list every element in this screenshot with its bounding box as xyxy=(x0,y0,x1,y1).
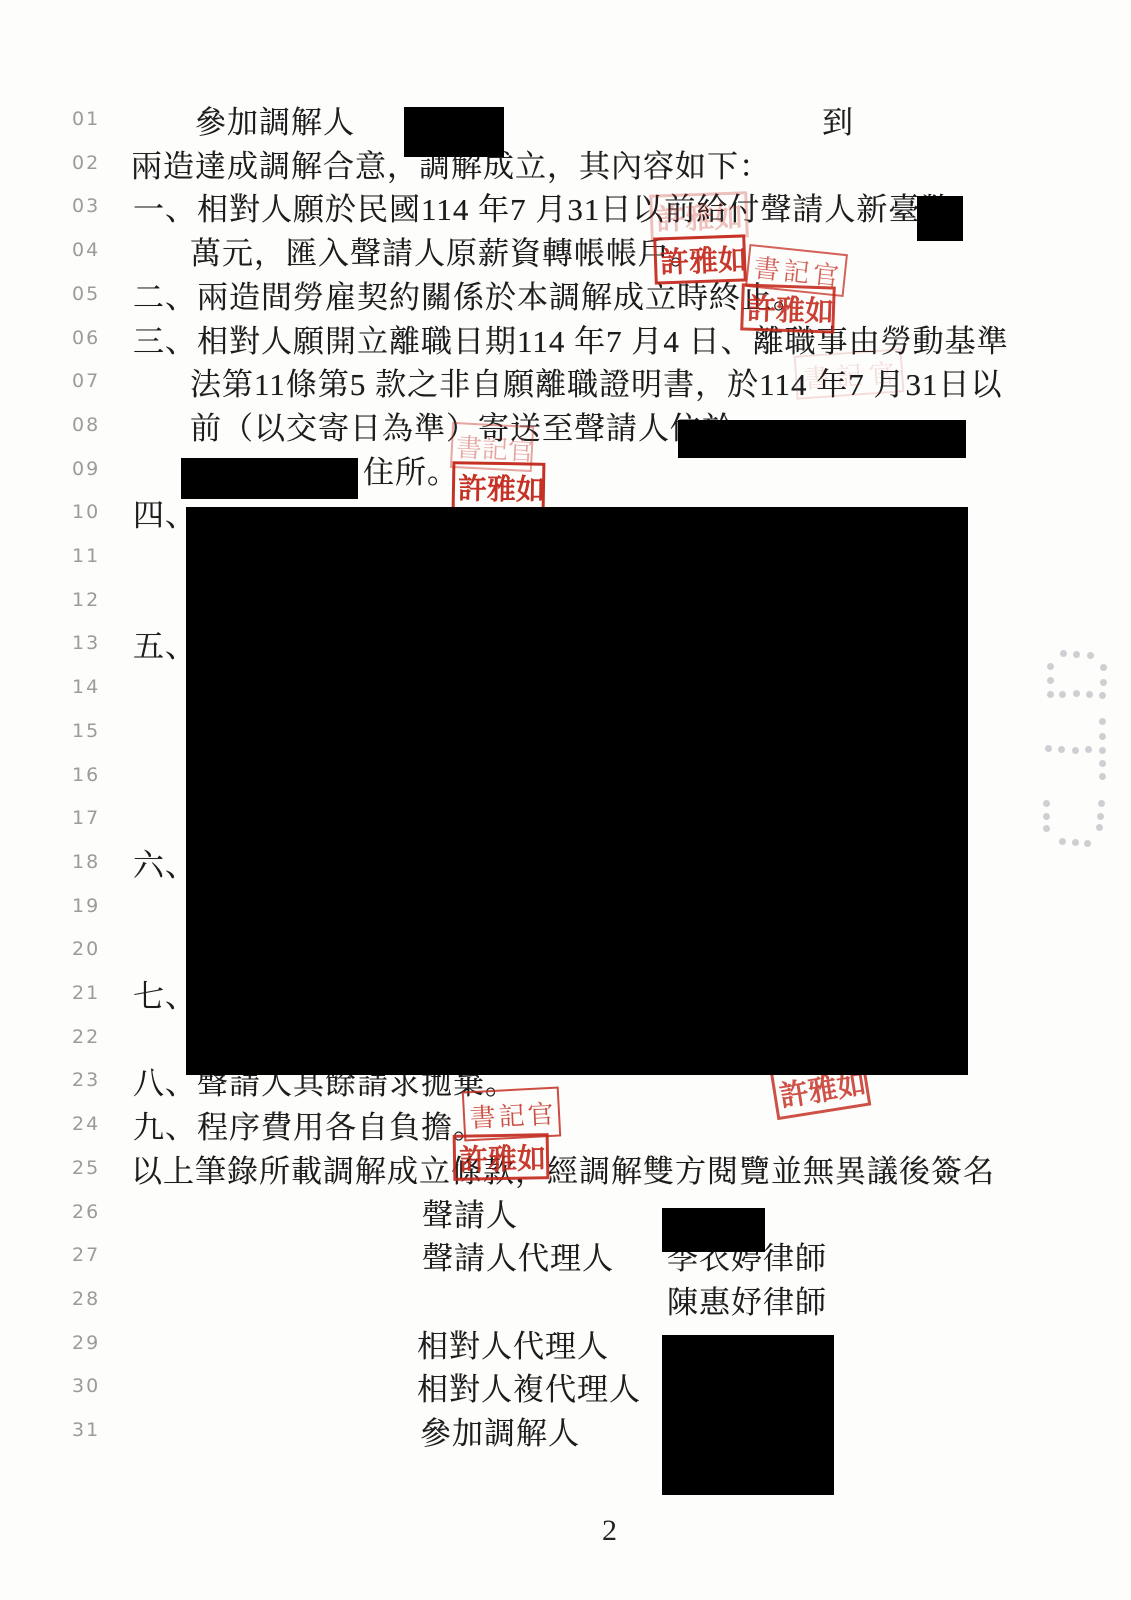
perforation-dot xyxy=(1099,760,1106,767)
document-line: 05二、兩造間勞雇契約關係於本調解成立時終止。 xyxy=(0,277,1131,321)
line-number: 16 xyxy=(72,764,100,786)
stamp-character: 許 xyxy=(746,287,776,329)
perforation-dot xyxy=(1058,746,1065,753)
text-segment: 陳惠妤律師 xyxy=(667,1282,827,1324)
line-number: 26 xyxy=(72,1201,100,1223)
text-segment: 相對人代理人 xyxy=(417,1326,609,1368)
text-segment: 到 xyxy=(822,102,854,144)
perforation-dot xyxy=(1097,813,1104,820)
line-number: 30 xyxy=(72,1375,100,1397)
line-number: 31 xyxy=(72,1419,100,1441)
stamp-character: 雅 xyxy=(684,195,714,237)
line-number: 08 xyxy=(72,414,100,436)
perforation-dot xyxy=(1072,839,1079,846)
clerk-name-stamp: 許雅如 xyxy=(452,461,546,513)
text-segment: 以上筆錄所載調解成立條款，經調解雙方閱覽並無異議後簽名 xyxy=(131,1151,995,1193)
stamp-character: 許 xyxy=(459,1137,489,1179)
stamp-character: 記 xyxy=(498,1095,526,1133)
perforation-dot xyxy=(1086,691,1093,698)
text-segment: 聲請人 xyxy=(422,1195,518,1237)
text-segment: 聲請人代理人 xyxy=(422,1238,614,1280)
redaction-signatures-lines29-31 xyxy=(662,1335,834,1495)
stamp-character: 許 xyxy=(659,239,689,281)
text-segment: 二、兩造間勞雇契約關係於本調解成立時終止。 xyxy=(133,277,805,319)
scanned-mediation-record-page: 01參加調解人到02兩造達成調解合意，調解成立，其內容如下：03一、相對人願於民… xyxy=(0,0,1131,1600)
clerk-name-stamp: 許雅如 xyxy=(653,234,747,284)
text-segment: 相對人複代理人 xyxy=(417,1369,641,1411)
document-line: 07法第11條第5 款之非自願離職證明書，於114 年7 月31日以 xyxy=(0,364,1131,408)
page-number: 2 xyxy=(602,1514,617,1548)
stamp-character: 許 xyxy=(655,196,685,238)
stamp-character: 雅 xyxy=(775,288,805,330)
line-number: 11 xyxy=(72,545,100,567)
stamp-character: 書 xyxy=(752,248,782,288)
text-segment: 萬元，匯入聲請人原薪資轉帳帳戶。 xyxy=(190,233,702,275)
stamp-character: 記 xyxy=(481,428,509,466)
perforation-dot xyxy=(1096,824,1103,831)
line-number: 13 xyxy=(72,632,100,654)
perforation-dot xyxy=(1043,825,1050,832)
document-line: 29相對人代理人 xyxy=(0,1326,1131,1370)
document-line: 09住所。 xyxy=(0,452,1131,496)
perforation-dot xyxy=(1073,651,1080,658)
stamp-character: 許 xyxy=(458,466,488,508)
stamp-character: 雅 xyxy=(688,238,718,280)
perforation-dot xyxy=(1085,746,1092,753)
perforation-dot xyxy=(1099,747,1106,754)
line-number: 03 xyxy=(72,195,100,217)
stamp-character: 如 xyxy=(517,1136,547,1178)
line-number: 09 xyxy=(72,458,100,480)
perforation-dot xyxy=(1072,747,1079,754)
line-number: 28 xyxy=(72,1288,100,1310)
line-number: 21 xyxy=(72,982,100,1004)
perforation-dot xyxy=(1098,800,1105,807)
text-segment: 一、相對人願於民國114 年7 月31日以前給付聲請人新臺幣 xyxy=(133,189,952,231)
clerk-title-stamp: 書記官 xyxy=(794,348,905,399)
clerk-name-stamp: 許雅如 xyxy=(453,1133,550,1181)
redaction-address-line09 xyxy=(181,458,358,499)
document-line: 26聲請人 xyxy=(0,1195,1131,1239)
perforation-dot xyxy=(1099,692,1106,699)
line-number: 27 xyxy=(72,1244,100,1266)
stamp-character: 官 xyxy=(867,352,896,391)
perforation-dot xyxy=(1084,840,1091,847)
perforation-dot xyxy=(1099,733,1106,740)
line-number: 06 xyxy=(72,327,100,349)
stamp-character: 如 xyxy=(516,467,546,509)
redaction-clauses-lines10-22 xyxy=(186,507,968,1075)
line-number: 24 xyxy=(72,1113,100,1135)
perforation-dot xyxy=(1047,677,1054,684)
document-line: 02兩造達成調解合意，調解成立，其內容如下： xyxy=(0,146,1131,190)
perforation-dot xyxy=(1047,663,1054,670)
stamp-character: 書 xyxy=(802,357,831,396)
stamp-character: 雅 xyxy=(488,1136,518,1178)
line-number: 29 xyxy=(72,1332,100,1354)
perforation-dot xyxy=(1073,690,1080,697)
stamp-character: 如 xyxy=(713,194,743,236)
perforation-dot xyxy=(1060,650,1067,657)
perforation-dot xyxy=(1047,691,1054,698)
stamp-character: 如 xyxy=(717,237,747,279)
line-number: 19 xyxy=(72,895,100,917)
text-segment: 九、程序費用各自負擔。 xyxy=(133,1107,485,1149)
redaction-address-line08 xyxy=(678,420,966,458)
perforation-dot xyxy=(1043,813,1050,820)
document-line: 30相對人複代理人 xyxy=(0,1369,1131,1413)
document-line: 31參加調解人 xyxy=(0,1413,1131,1457)
document-line: 27聲請人代理人李衣婷律師 xyxy=(0,1238,1131,1282)
perforation-dot xyxy=(1043,800,1050,807)
line-number: 12 xyxy=(72,589,100,611)
line-number: 02 xyxy=(72,152,100,174)
perforation-dot xyxy=(1059,838,1066,845)
line-number: 22 xyxy=(72,1026,100,1048)
line-number: 20 xyxy=(72,938,100,960)
line-number: 07 xyxy=(72,370,100,392)
stamp-character: 雅 xyxy=(487,466,517,508)
perforation-dot xyxy=(1087,652,1094,659)
line-number: 15 xyxy=(72,720,100,742)
line-number: 05 xyxy=(72,283,100,305)
perforation-dot xyxy=(1100,679,1107,686)
clerk-name-stamp: 許雅如 xyxy=(649,191,749,240)
document-line: 06三、相對人願開立離職日期114 年7 月4 日、離職事由勞動基準 xyxy=(0,321,1131,365)
line-number: 17 xyxy=(72,807,100,829)
stamp-character: 官 xyxy=(526,1093,554,1131)
document-line: 25以上筆錄所載調解成立條款，經調解雙方閱覽並無異議後簽名 xyxy=(0,1151,1131,1195)
perforation-dot xyxy=(1099,718,1106,725)
text-segment: 參加調解人 xyxy=(195,102,355,144)
document-line: 01參加調解人到 xyxy=(0,102,1131,146)
document-line: 28陳惠妤律師 xyxy=(0,1282,1131,1326)
line-number: 23 xyxy=(72,1069,100,1091)
perforation-dot xyxy=(1100,664,1107,671)
document-line: 24九、程序費用各自負擔。 xyxy=(0,1107,1131,1151)
stamp-character: 記 xyxy=(835,355,864,394)
line-number: 18 xyxy=(72,851,100,873)
redaction-participant-name-line01 xyxy=(404,107,504,157)
perforation-dot xyxy=(1045,745,1052,752)
perforation-dot xyxy=(1099,773,1106,780)
perforation-dot xyxy=(1059,691,1066,698)
line-number: 01 xyxy=(72,108,100,130)
stamp-character: 書 xyxy=(455,427,483,465)
text-segment: 參加調解人 xyxy=(420,1413,580,1455)
redaction-amount-line03 xyxy=(917,196,963,241)
redaction-applicant-signature-line26 xyxy=(662,1208,765,1252)
clerk-name-stamp: 許雅如 xyxy=(740,283,836,333)
line-number: 04 xyxy=(72,239,100,261)
line-number: 14 xyxy=(72,676,100,698)
line-number: 10 xyxy=(72,501,100,523)
stamp-character: 書 xyxy=(469,1096,497,1134)
stamp-character: 如 xyxy=(804,289,834,331)
line-number: 25 xyxy=(72,1157,100,1179)
text-segment: 住所。 xyxy=(363,452,459,494)
